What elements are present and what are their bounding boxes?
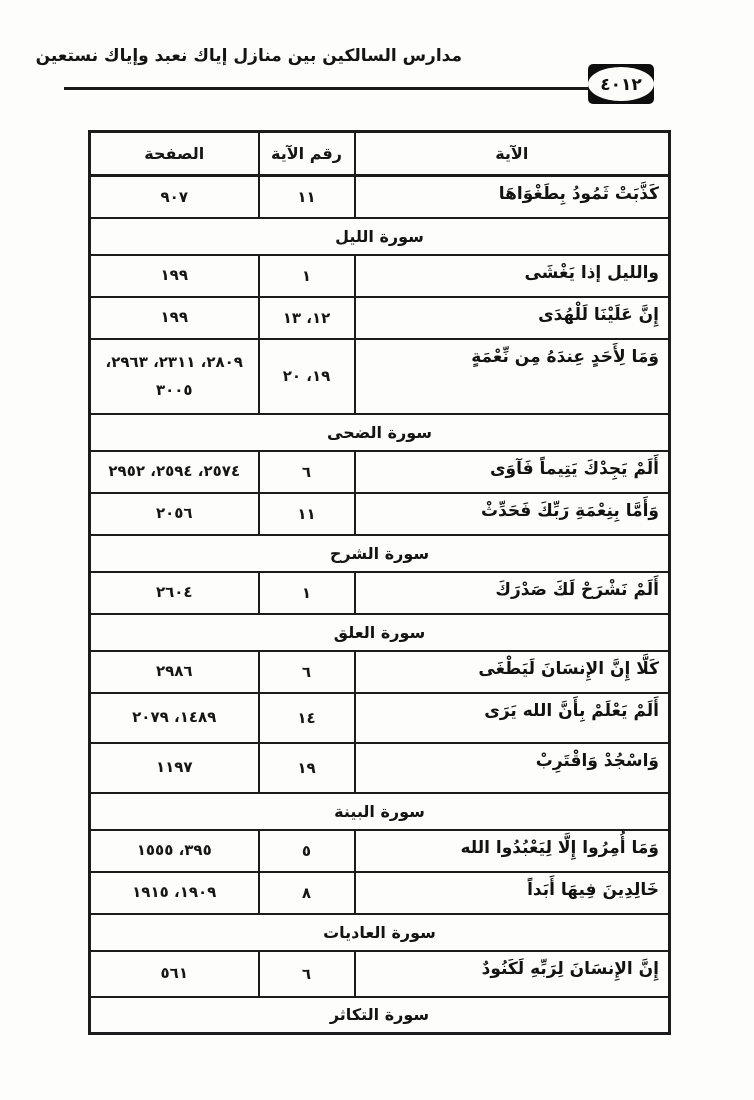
verse-number-cell: ١٤ <box>259 693 355 743</box>
page-numbers-cell: ٩٠٧ <box>90 176 259 218</box>
verse-cell: وَاسْجُدْ وَاقْتَرِبْ <box>355 743 670 793</box>
surah-title: سورة العاديات <box>90 914 670 951</box>
page-number-ellipse: ٤٠١٢ <box>588 67 654 101</box>
surah-header-row: سورة الليل <box>90 218 670 255</box>
page-number: ٤٠١٢ <box>600 74 642 95</box>
verse-number-cell: ١٩ <box>259 743 355 793</box>
verse-number-cell: ١٢، ١٣ <box>259 297 355 339</box>
verse-cell: وَمَا لِأَحَدٍ عِندَهُ مِن نِّعْمَةٍ <box>355 339 670 414</box>
page-numbers-cell: ٥٦١ <box>90 951 259 997</box>
book-page: مدارس السالكين بين منازل إياك نعبد وإياك… <box>0 0 754 1100</box>
page-numbers-cell: ٢٥٧٤، ٢٥٩٤، ٢٩٥٢ <box>90 451 259 493</box>
surah-header-row: سورة التكاثر <box>90 997 670 1034</box>
page-numbers-cell: ١٩٠٩، ١٩١٥ <box>90 872 259 914</box>
table-row: خَالِدِينَ فِيهَا أَبَداً ٨ ١٩٠٩، ١٩١٥ <box>90 872 670 914</box>
surah-title: سورة البينة <box>90 793 670 830</box>
table-row: إِنَّ عَلَيْنَا لَلْهُدَى ١٢، ١٣ ١٩٩ <box>90 297 670 339</box>
verse-number-cell: ٦ <box>259 951 355 997</box>
table-row: وَمَا لِأَحَدٍ عِندَهُ مِن نِّعْمَةٍ ١٩،… <box>90 339 670 414</box>
table-row: والليل إذا يَغْشَى ١ ١٩٩ <box>90 255 670 297</box>
verse-number-cell: ٥ <box>259 830 355 872</box>
surah-title: سورة الضحى <box>90 414 670 451</box>
running-header-title: مدارس السالكين بين منازل إياك نعبد وإياك… <box>66 46 462 66</box>
verse-cell: أَلَمْ نَشْرَحْ لَكَ صَدْرَكَ <box>355 572 670 614</box>
page-numbers-cell: ١٤٨٩، ٢٠٧٩ <box>90 693 259 743</box>
table-row: كَلَّا إِنَّ الإِنسَانَ لَيَطْغَى ٦ ٢٩٨٦ <box>90 651 670 693</box>
page-numbers-cell: ٢٨٠٩، ٢٣١١، ٢٩٦٣، ٣٠٠٥ <box>90 339 259 414</box>
page-number-badge: ٤٠١٢ <box>588 64 654 104</box>
surah-title: سورة العلق <box>90 614 670 651</box>
page-numbers-cell: ١٩٩ <box>90 255 259 297</box>
table-header-row: الآية رقم الآية الصفحة <box>90 132 670 176</box>
verse-cell: وَمَا أُمِرُوا إِلَّا لِيَعْبُدُوا الله <box>355 830 670 872</box>
verse-number-cell: ١١ <box>259 176 355 218</box>
verse-cell: والليل إذا يَغْشَى <box>355 255 670 297</box>
verse-number-cell: ٦ <box>259 651 355 693</box>
column-header-verse-number: رقم الآية <box>259 132 355 176</box>
surah-header-row: سورة الشرح <box>90 535 670 572</box>
verse-number-cell: ١ <box>259 572 355 614</box>
header-rule <box>64 87 593 90</box>
verse-cell: خَالِدِينَ فِيهَا أَبَداً <box>355 872 670 914</box>
verse-index-table: الآية رقم الآية الصفحة كَذَّبَتْ ثَمُودُ… <box>88 130 671 1035</box>
column-header-verse: الآية <box>355 132 670 176</box>
surah-header-row: سورة البينة <box>90 793 670 830</box>
table-row: أَلَمْ يَعْلَمْ بِأَنَّ الله يَرَى ١٤ ١٤… <box>90 693 670 743</box>
page-numbers-cell: ٢٠٥٦ <box>90 493 259 535</box>
verse-number-cell: ٨ <box>259 872 355 914</box>
surah-header-row: سورة العلق <box>90 614 670 651</box>
verse-cell: أَلَمْ يَعْلَمْ بِأَنَّ الله يَرَى <box>355 693 670 743</box>
table-row: وَاسْجُدْ وَاقْتَرِبْ ١٩ ١١٩٧ <box>90 743 670 793</box>
surah-header-row: سورة العاديات <box>90 914 670 951</box>
verse-cell: كَذَّبَتْ ثَمُودُ بِطَغْوَاهَا <box>355 176 670 218</box>
table-row: إِنَّ الإِنسَانَ لِرَبِّهِ لَكَنُودٌ ٦ ٥… <box>90 951 670 997</box>
verse-number-cell: ١ <box>259 255 355 297</box>
verse-cell: أَلَمْ يَجِدْكَ يَتِيماً فَآوَى <box>355 451 670 493</box>
verse-number-cell: ١١ <box>259 493 355 535</box>
page-numbers-cell: ١١٩٧ <box>90 743 259 793</box>
table-row: أَلَمْ يَجِدْكَ يَتِيماً فَآوَى ٦ ٢٥٧٤، … <box>90 451 670 493</box>
surah-header-row: سورة الضحى <box>90 414 670 451</box>
table-row: وَأَمَّا بِنِعْمَةِ رَبِّكَ فَحَدِّثْ ١١… <box>90 493 670 535</box>
verse-number-cell: ٦ <box>259 451 355 493</box>
table-row: وَمَا أُمِرُوا إِلَّا لِيَعْبُدُوا الله … <box>90 830 670 872</box>
page-numbers-cell: ٣٩٥، ١٥٥٥ <box>90 830 259 872</box>
verse-cell: إِنَّ عَلَيْنَا لَلْهُدَى <box>355 297 670 339</box>
column-header-page: الصفحة <box>90 132 259 176</box>
table-row: أَلَمْ نَشْرَحْ لَكَ صَدْرَكَ ١ ٢٦٠٤ <box>90 572 670 614</box>
verse-number-cell: ١٩، ٢٠ <box>259 339 355 414</box>
page-numbers-cell: ٢٩٨٦ <box>90 651 259 693</box>
surah-title: سورة التكاثر <box>90 997 670 1034</box>
verse-cell: إِنَّ الإِنسَانَ لِرَبِّهِ لَكَنُودٌ <box>355 951 670 997</box>
surah-title: سورة الليل <box>90 218 670 255</box>
page-numbers-cell: ٢٦٠٤ <box>90 572 259 614</box>
page-numbers-cell: ١٩٩ <box>90 297 259 339</box>
verse-cell: وَأَمَّا بِنِعْمَةِ رَبِّكَ فَحَدِّثْ <box>355 493 670 535</box>
verse-cell: كَلَّا إِنَّ الإِنسَانَ لَيَطْغَى <box>355 651 670 693</box>
table-row: كَذَّبَتْ ثَمُودُ بِطَغْوَاهَا ١١ ٩٠٧ <box>90 176 670 218</box>
surah-title: سورة الشرح <box>90 535 670 572</box>
